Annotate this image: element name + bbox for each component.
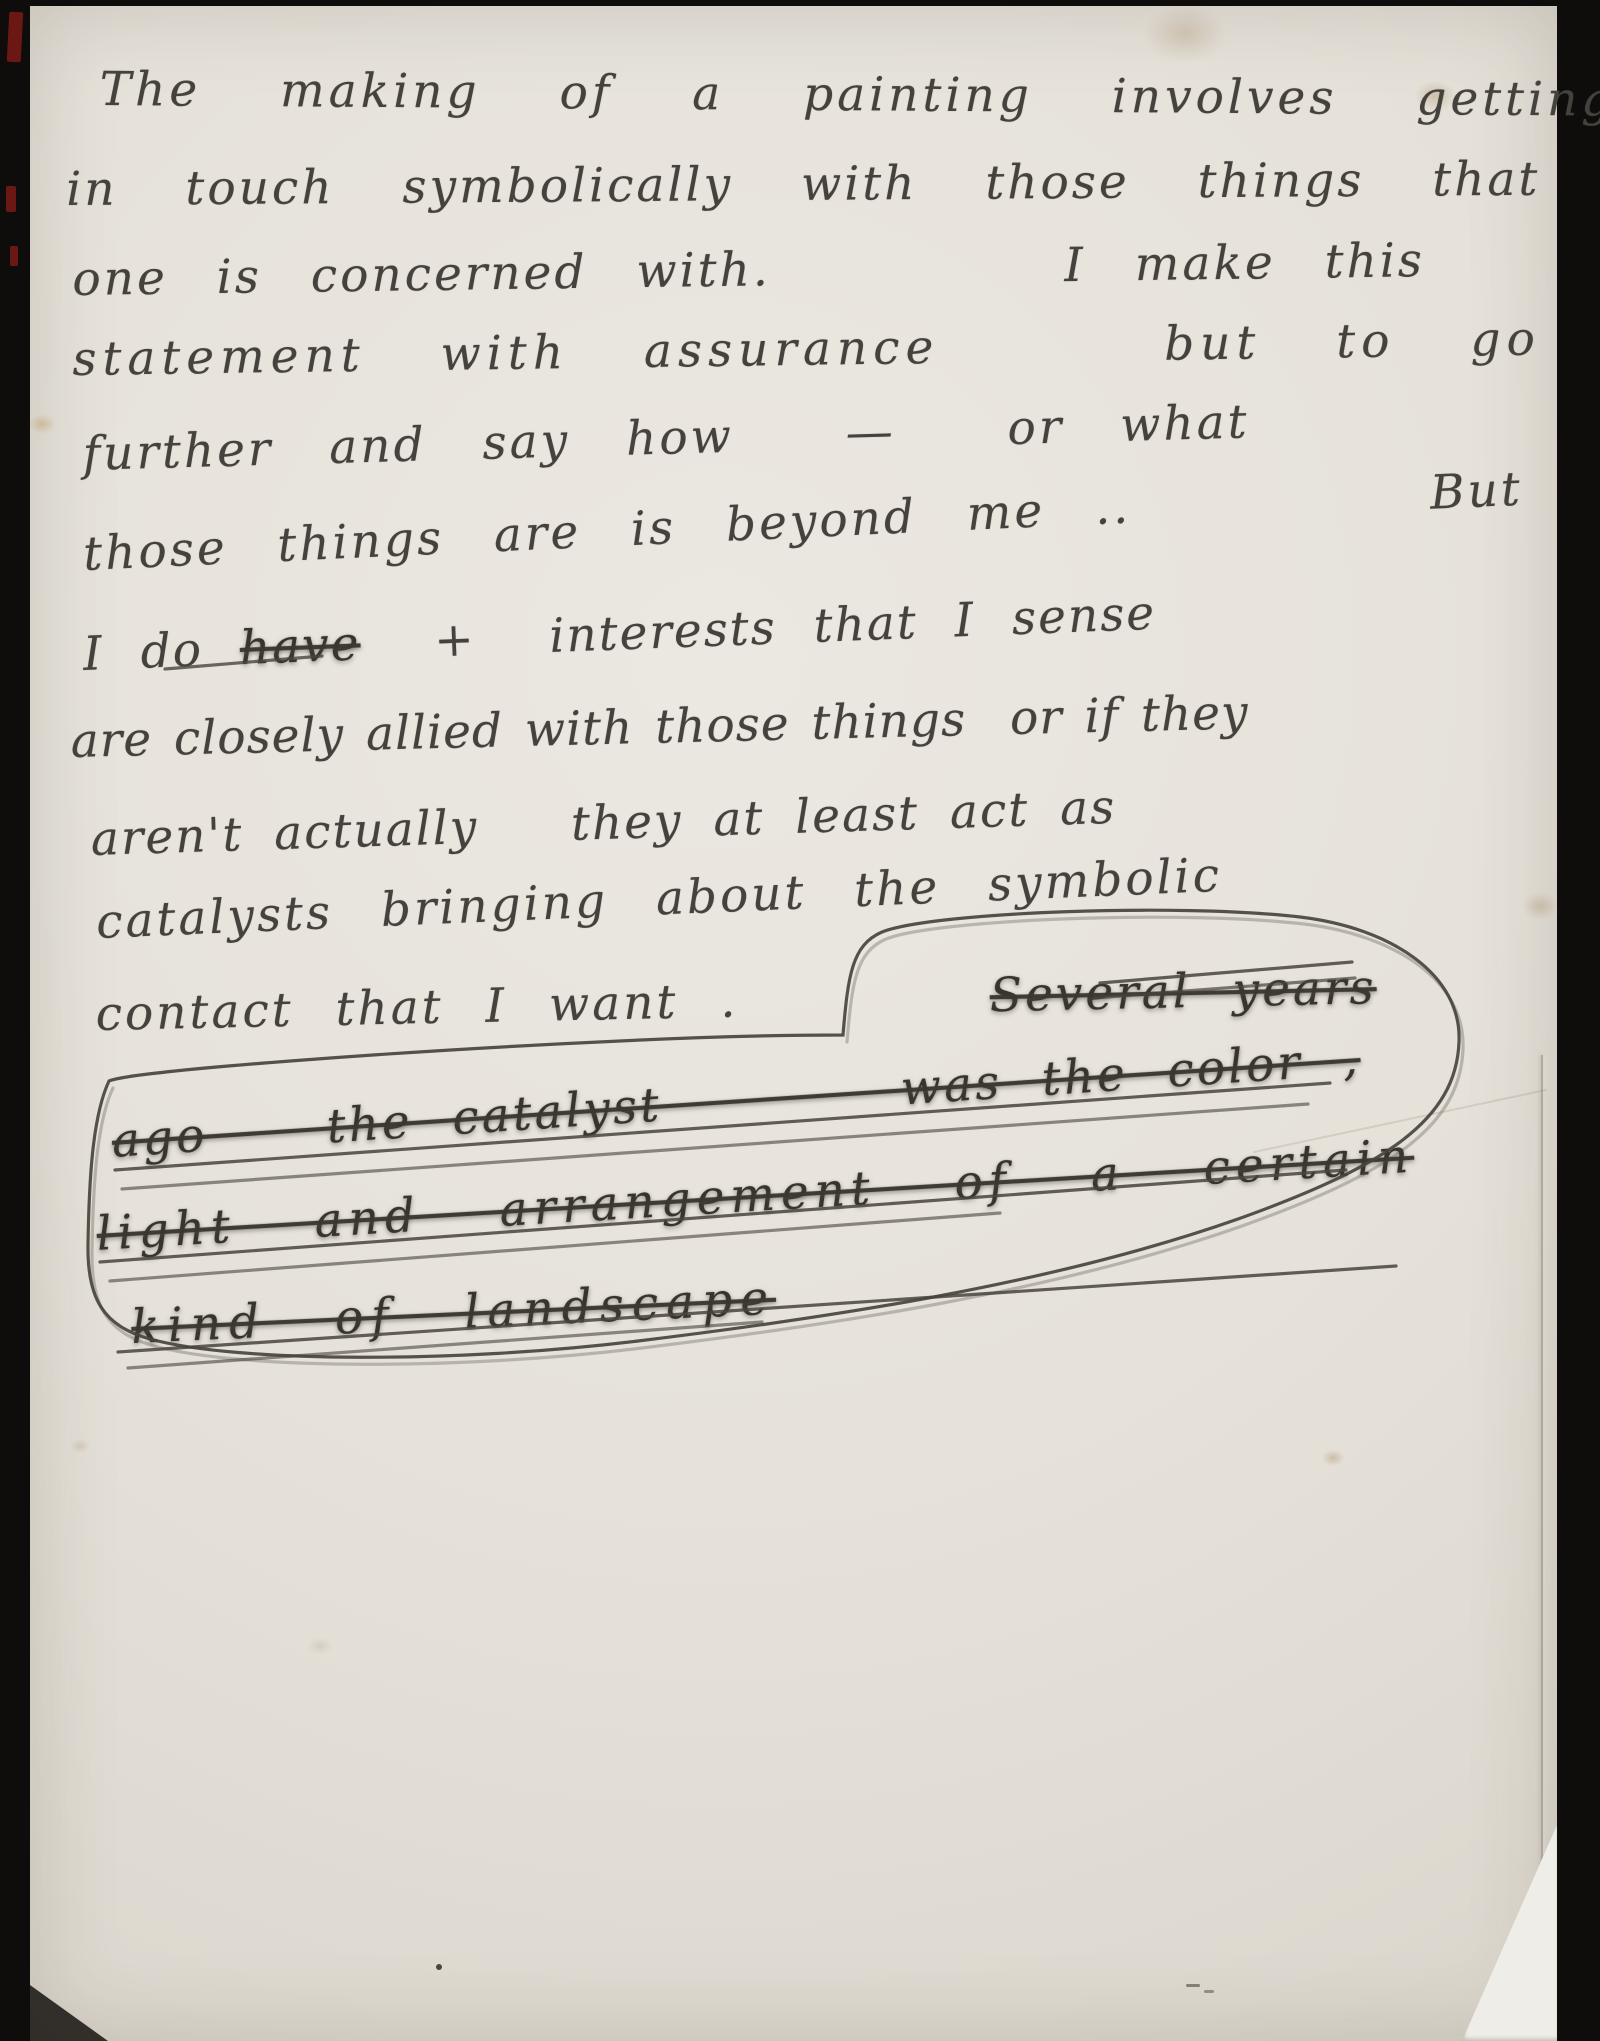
manuscript-line: in touch symbolically with those things …	[66, 150, 1541, 220]
text-segment: The making of a painting involves gettin…	[100, 62, 1600, 128]
film-edge-mark	[6, 186, 16, 212]
text-segment: I do	[82, 621, 241, 682]
struck-text-segment: have	[239, 616, 362, 676]
text-segment: contact that I want .	[95, 974, 739, 1042]
pencil-speck	[1186, 1984, 1200, 1987]
pencil-speck	[1204, 1990, 1214, 1993]
pencil-speck	[436, 1964, 442, 1970]
manuscript-line: The making of a painting involves gettin…	[100, 60, 1600, 131]
struck-text-segment: Several years	[989, 960, 1377, 1023]
text-segment: in touch symbolically with those things …	[66, 152, 1541, 217]
text-segment	[738, 968, 991, 1028]
film-edge-mark	[10, 246, 18, 266]
film-edge-mark	[7, 12, 24, 63]
scanned-page: The making of a painting involves gettin…	[0, 0, 1600, 2041]
